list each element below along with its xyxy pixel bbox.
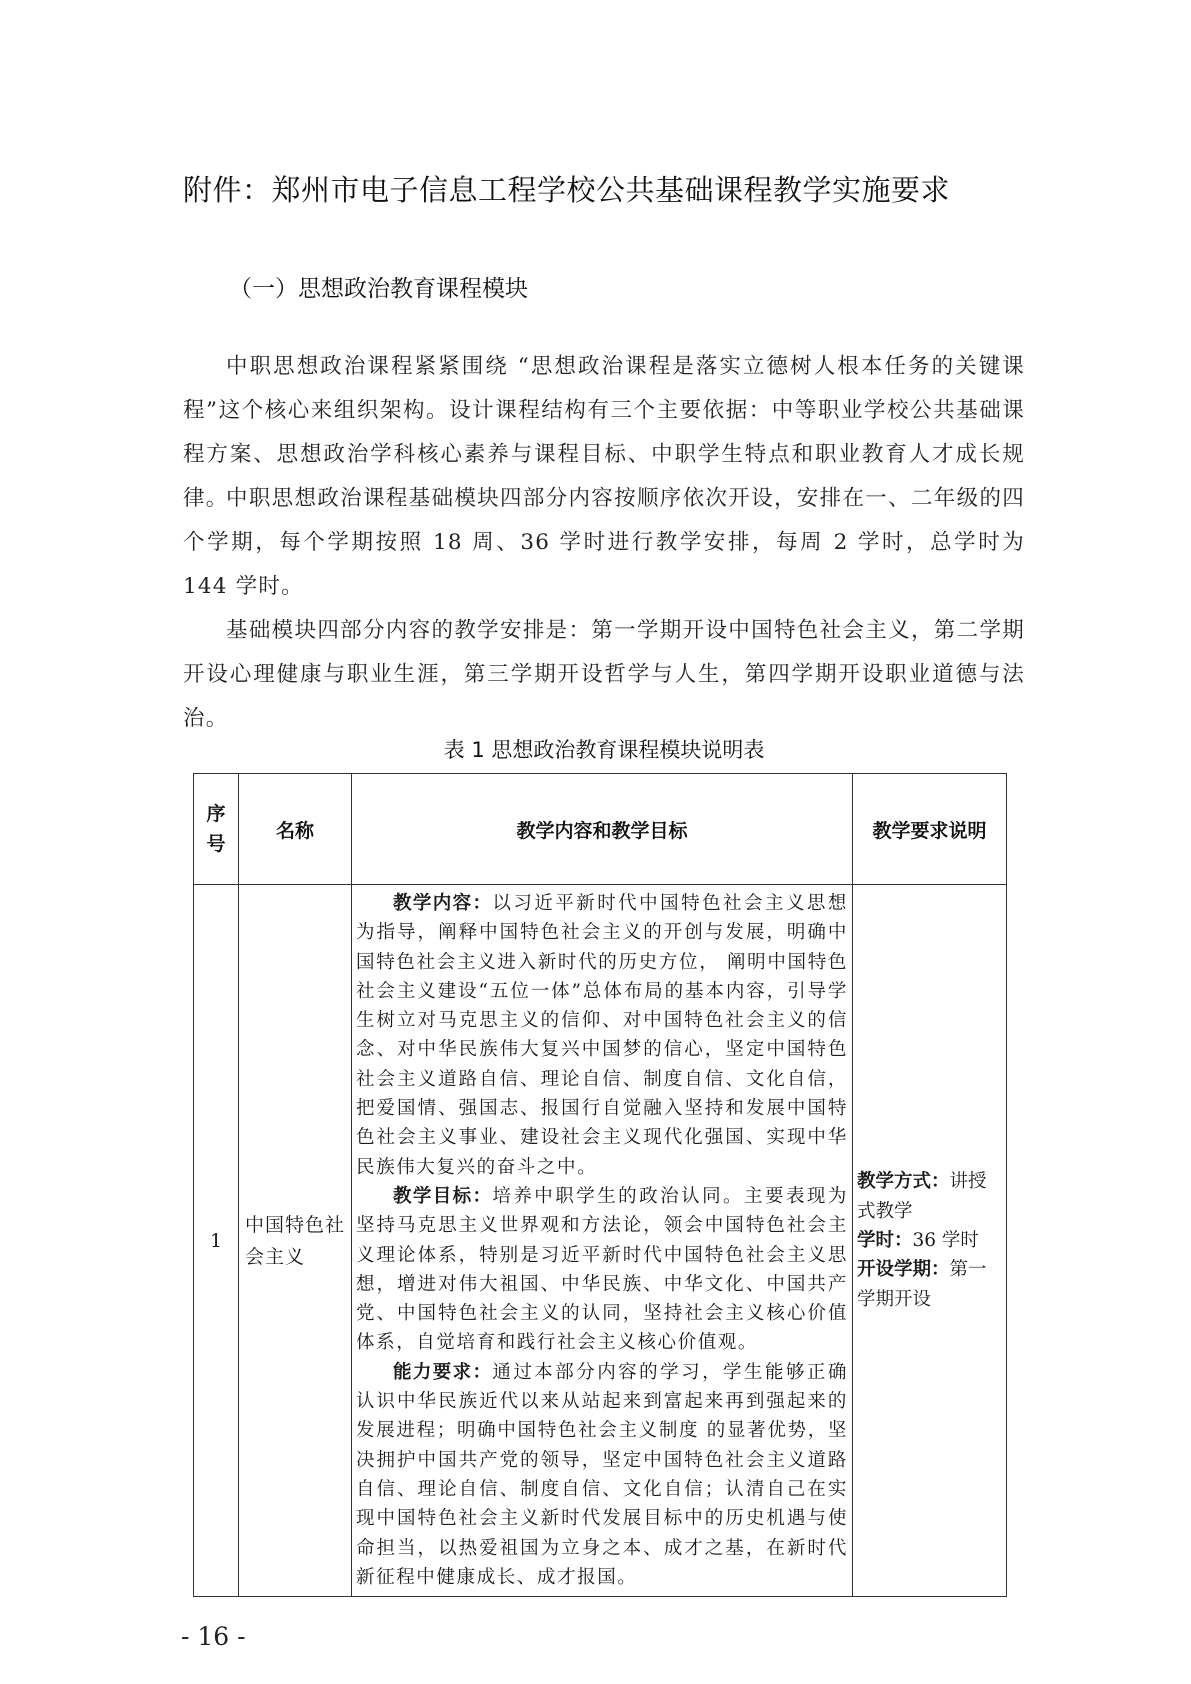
- table-caption: 表 1 思想政治教育课程模块说明表: [183, 734, 1025, 764]
- req-method-label: 教学方式：: [857, 1171, 950, 1192]
- header-name: 名称: [239, 774, 352, 885]
- req-hours-value: 36 学时: [913, 1230, 979, 1251]
- header-content: 教学内容和教学目标: [352, 774, 853, 885]
- paragraph-3: 基础模块四部分内容的教学安排是：第一学期开设中国特色社会主义，第二学期开设心理健…: [183, 609, 1025, 741]
- paragraph-2: 中职思想政治课程基础模块四部分内容按顺序依次开设，安排在一、二年级的四个学期，每…: [183, 477, 1025, 609]
- ability-text: 通过本部分内容的学习，学生能够正确认识中华民族近代以来从站起来到富起来再到强起来…: [356, 1362, 848, 1588]
- content-block-teaching-content: 教学内容：以习近平新时代中国特色社会主义思想为指导，阐释中国特色社会主义的开创与…: [356, 889, 848, 1182]
- ability-label: 能力要求：: [393, 1362, 492, 1383]
- req-hours: 学时：36 学时: [857, 1226, 1002, 1255]
- section-heading: （一）思想政治教育课程模块: [229, 270, 528, 303]
- row-content: 教学内容：以习近平新时代中国特色社会主义思想为指导，阐释中国特色社会主义的开创与…: [352, 885, 853, 1597]
- course-module-table: 序号 名称 教学内容和教学目标 教学要求说明 1 中国特色社会主义 教学内容：以…: [193, 773, 1007, 1597]
- req-semester-label: 开设学期：: [857, 1259, 950, 1280]
- goal-label: 教学目标：: [393, 1186, 492, 1207]
- document-title: 附件：郑州市电子信息工程学校公共基础课程教学实施要求: [183, 168, 950, 209]
- table-row: 1 中国特色社会主义 教学内容：以习近平新时代中国特色社会主义思想为指导，阐释中…: [194, 885, 1007, 1597]
- content-label: 教学内容：: [393, 893, 492, 914]
- header-seq: 序号: [194, 774, 239, 885]
- req-semester: 开设学期：第一学期开设: [857, 1255, 1002, 1314]
- row-name: 中国特色社会主义: [239, 885, 352, 1597]
- content-block-ability: 能力要求：通过本部分内容的学习，学生能够正确认识中华民族近代以来从站起来到富起来…: [356, 1358, 848, 1592]
- req-method: 教学方式：讲授式教学: [857, 1167, 1002, 1226]
- req-hours-label: 学时：: [857, 1230, 913, 1251]
- page-number: - 16 -: [181, 1622, 246, 1651]
- row-seq: 1: [194, 885, 239, 1597]
- header-requirements: 教学要求说明: [853, 774, 1007, 885]
- row-requirements: 教学方式：讲授式教学 学时：36 学时 开设学期：第一学期开设: [853, 885, 1007, 1597]
- content-text: 以习近平新时代中国特色社会主义思想为指导，阐释中国特色社会主义的开创与发展，明确…: [356, 893, 848, 1178]
- table-header-row: 序号 名称 教学内容和教学目标 教学要求说明: [194, 774, 1007, 885]
- content-block-teaching-goal: 教学目标：培养中职学生的政治认同。主要表现为坚持马克思主义世界观和方法论，领会中…: [356, 1182, 848, 1358]
- goal-text: 培养中职学生的政治认同。主要表现为坚持马克思主义世界观和方法论，领会中国特色社会…: [356, 1186, 848, 1353]
